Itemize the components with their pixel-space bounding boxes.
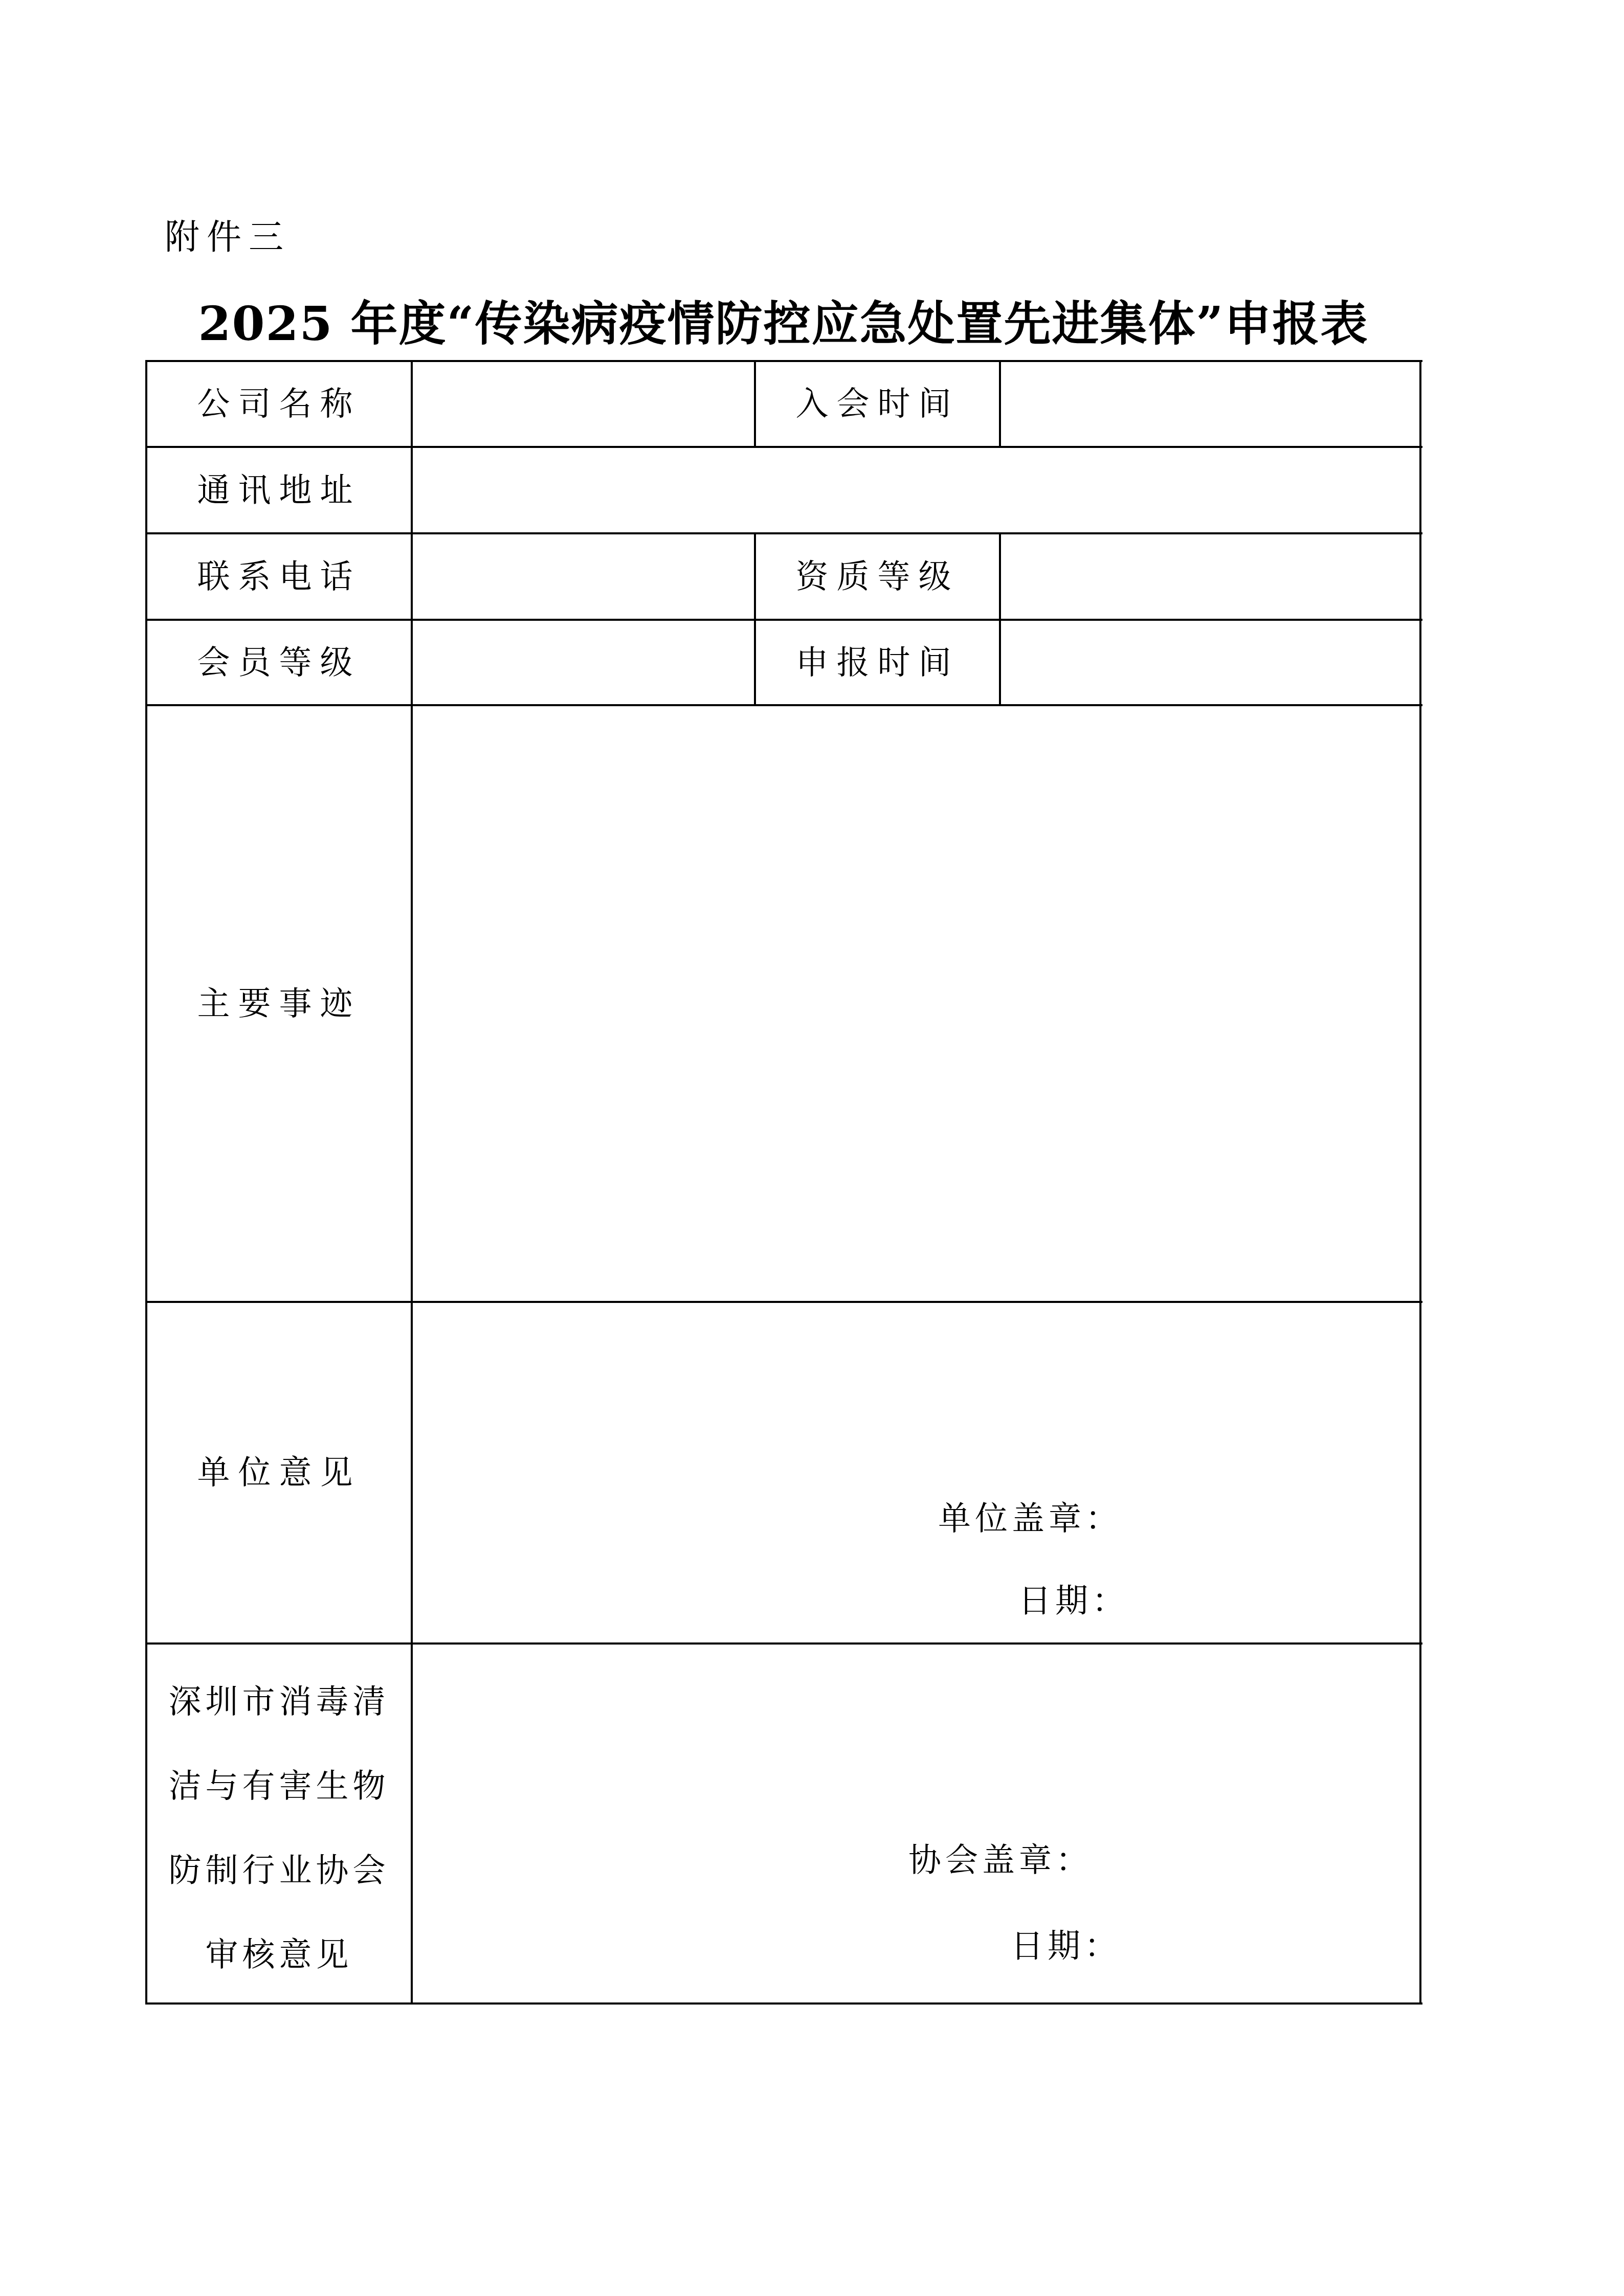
attachment-label: 附件三 — [165, 215, 291, 261]
association-review-textarea[interactable] — [413, 1645, 1418, 2001]
label-line: 审核意见 — [146, 1913, 412, 1997]
label-member-level: 会员等级 — [146, 620, 412, 705]
member-level-field[interactable] — [413, 621, 753, 703]
unit-stamp-label: 单位盖章： — [938, 1502, 1122, 1535]
label-address: 通讯地址 — [146, 447, 412, 533]
qualification-level-field[interactable] — [1001, 534, 1418, 618]
address-field[interactable] — [413, 448, 1418, 531]
unit-opinion-textarea[interactable] — [413, 1303, 1418, 1641]
company-name-field[interactable] — [413, 362, 753, 445]
label-association-review: 深圳市消毒清 洁与有害生物 防制行业协会 审核意见 — [146, 1660, 412, 1997]
label-application-date: 申报时间 — [755, 620, 1000, 705]
application-date-field[interactable] — [1001, 621, 1418, 703]
label-line: 洁与有害生物 — [146, 1744, 412, 1829]
main-deeds-textarea[interactable] — [413, 706, 1418, 1300]
label-phone: 联系电话 — [146, 533, 412, 620]
application-form-table: 公司名称 入会时间 通讯地址 联系电话 资质等级 会员等级 申报时间 主要事迹 … — [146, 361, 1420, 2004]
unit-date-label: 日期： — [1018, 1585, 1129, 1617]
label-company-name: 公司名称 — [146, 361, 412, 447]
association-stamp-label: 协会盖章： — [908, 1844, 1093, 1877]
page-title: 2025 年度“传染病疫情防控应急处置先进集体”申报表 — [146, 296, 1420, 352]
label-main-deeds: 主要事迹 — [146, 705, 412, 1302]
join-date-field[interactable] — [1001, 362, 1418, 445]
table-border-bottom — [146, 2002, 1422, 2005]
association-date-label: 日期： — [1011, 1930, 1121, 1963]
label-qualification-level: 资质等级 — [755, 533, 1000, 620]
phone-field[interactable] — [413, 534, 753, 618]
label-line: 防制行业协会 — [146, 1829, 412, 1913]
label-line: 深圳市消毒清 — [146, 1660, 412, 1744]
label-join-date: 入会时间 — [755, 361, 1000, 447]
label-unit-opinion: 单位意见 — [146, 1302, 412, 1644]
table-border-right — [1419, 360, 1421, 2005]
